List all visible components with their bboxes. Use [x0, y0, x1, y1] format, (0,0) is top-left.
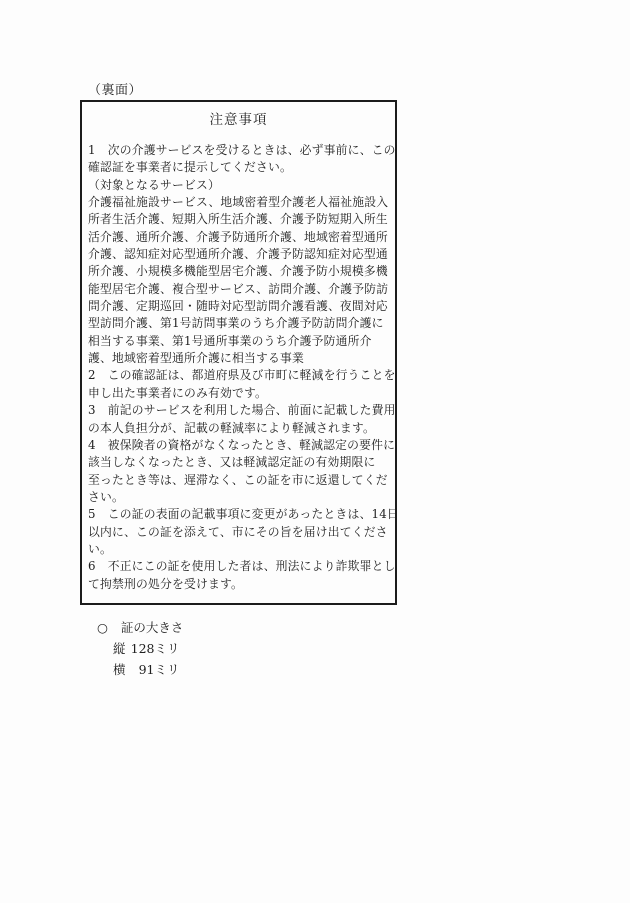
- size-row: 縦128ミリ: [113, 638, 183, 659]
- notice-line: 能型居宅介護、複合型サービス、訪問介護、介護予防訪: [88, 281, 392, 298]
- size-section-header: ○証の大きさ: [97, 617, 183, 638]
- size-rows: 縦128ミリ横91ミリ: [97, 638, 183, 680]
- notice-line: 申し出た事業者にのみ有効です。: [88, 385, 392, 402]
- notice-line: 該当しなくなったとき、又は軽減認定証の有効期限に: [88, 454, 392, 471]
- circle-bullet-icon: ○: [97, 620, 108, 635]
- notice-line: 2 この確認証は、都道府県及び市町に軽減を行うことを: [88, 367, 392, 384]
- notice-line: て拘禁刑の処分を受けます。: [88, 576, 392, 593]
- card-size-section: ○証の大きさ 縦128ミリ横91ミリ: [97, 617, 183, 680]
- size-row-unit: ミリ: [155, 662, 180, 677]
- notice-box: 注意事項 1 次の介護サービスを受けるときは、必ず事前に、この確認証を事業者に提…: [80, 100, 397, 605]
- notice-line: 確認証を事業者に提示してください。: [88, 159, 392, 176]
- size-section-title: 証の大きさ: [121, 620, 184, 635]
- notice-line: 護、地域密着型通所介護に相当する事業: [88, 350, 392, 367]
- notice-line: 至ったとき等は、遅滞なく、この証を市に返還してくだ: [88, 472, 392, 489]
- notice-line: 型訪問介護、第1号訪問事業のうち介護予防訪問介護に: [88, 315, 392, 332]
- size-row-unit: ミリ: [155, 641, 180, 656]
- notice-line: 以内に、この証を添えて、市にその旨を届け出てくださ: [88, 524, 392, 541]
- document-page: （裏面） 注意事項 1 次の介護サービスを受けるときは、必ず事前に、この確認証を…: [0, 0, 630, 903]
- notice-line: さい。: [88, 489, 392, 506]
- notice-line: い。: [88, 541, 392, 558]
- notice-line: 活介護、通所介護、介護予防通所介護、地域密着型通所: [88, 229, 392, 246]
- notice-line: 所者生活介護、短期入所生活介護、介護予防短期入所生: [88, 211, 392, 228]
- back-side-label: （裏面）: [88, 79, 142, 98]
- size-row-label: 横: [113, 662, 126, 677]
- notice-line: 3 前記のサービスを利用した場合、前面に記載した費用: [88, 402, 392, 419]
- size-row-label: 縦: [113, 641, 126, 656]
- notice-line: 問介護、定期巡回・随時対応型訪問介護看護、夜間対応: [88, 298, 392, 315]
- notice-box-body: 1 次の介護サービスを受けるときは、必ず事前に、この確認証を事業者に提示してくだ…: [82, 142, 395, 593]
- notice-line: 相当する事業、第1号通所事業のうち介護予防通所介: [88, 333, 392, 350]
- notice-line: 5 この証の表面の記載事項に変更があったときは、14日: [88, 506, 392, 523]
- size-row-number: 128: [126, 638, 155, 659]
- notice-line: 4 被保険者の資格がなくなったとき、軽減認定の要件に: [88, 437, 392, 454]
- notice-line: 1 次の介護サービスを受けるときは、必ず事前に、この: [88, 142, 392, 159]
- size-row: 横91ミリ: [113, 659, 183, 680]
- notice-line: 介護福祉施設サービス、地域密着型介護老人福祉施設入: [88, 194, 392, 211]
- notice-line: 所介護、小規模多機能型居宅介護、介護予防小規模多機: [88, 263, 392, 280]
- notice-line: 介護、認知症対応型通所介護、介護予防認知症対応型通: [88, 246, 392, 263]
- size-row-number: 91: [126, 659, 155, 680]
- notice-line: 6 不正にこの証を使用した者は、刑法により詐欺罪とし: [88, 558, 392, 575]
- notice-line: の本人負担分が、記載の軽減率により軽減されます。: [88, 420, 392, 437]
- notice-line: （対象となるサービス）: [88, 177, 392, 194]
- notice-box-title: 注意事項: [82, 108, 395, 128]
